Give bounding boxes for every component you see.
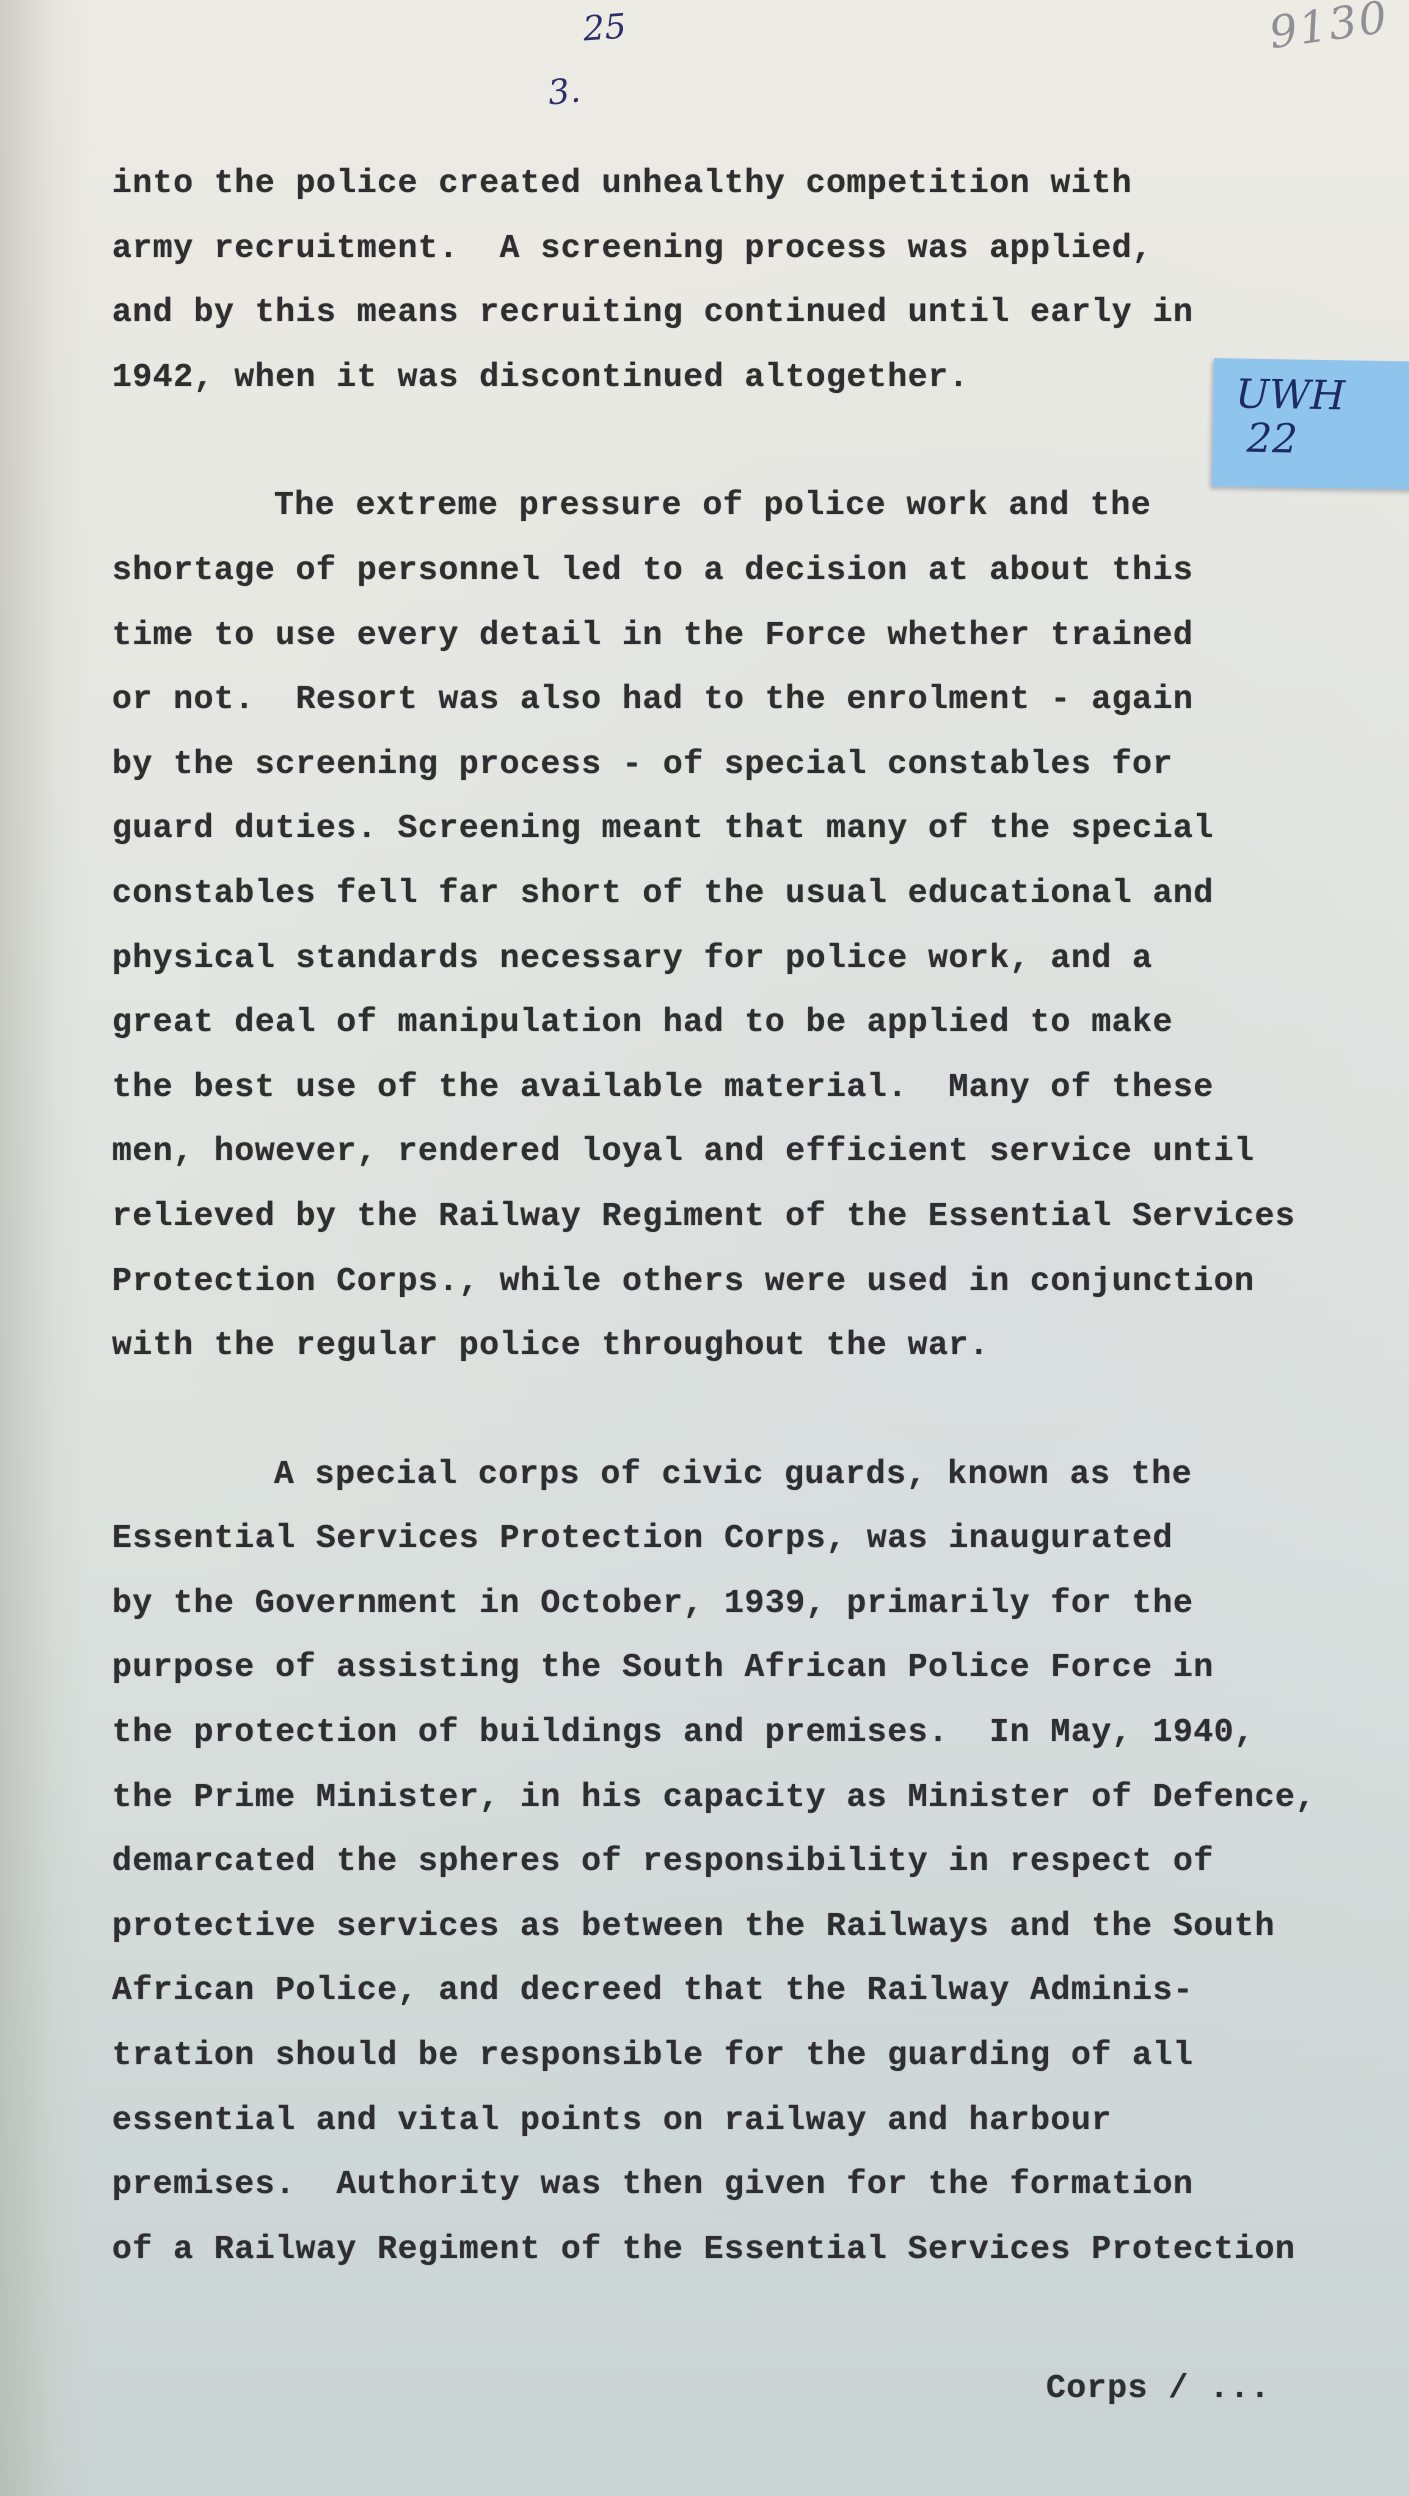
text-line: essential and vital points on railway an…: [112, 2089, 1382, 2154]
text-line: protective services as between the Railw…: [112, 1895, 1382, 1960]
text-line: tration should be responsible for the gu…: [112, 2024, 1382, 2089]
page-binding-shadow: [0, 0, 90, 2496]
text-line: or not. Resort was also had to the enrol…: [112, 668, 1382, 733]
text-line: army recruitment. A screening process wa…: [112, 217, 1382, 282]
text-line: relieved by the Railway Regiment of the …: [112, 1185, 1382, 1250]
handwritten-folio-mark: 3.: [546, 70, 582, 113]
text-line: the protection of buildings and premises…: [112, 1701, 1382, 1766]
text-line: by the screening process - of special co…: [112, 733, 1382, 798]
paragraph: The extreme pressure of police work and …: [112, 474, 1382, 1378]
catchword: Corps / ...: [1046, 2370, 1270, 2407]
text-line: physical standards necessary for police …: [112, 927, 1382, 992]
text-line: time to use every detail in the Force wh…: [112, 604, 1382, 669]
text-line: shortage of personnel led to a decision …: [112, 539, 1382, 604]
text-line: constables fell far short of the usual e…: [112, 862, 1382, 927]
text-line: the best use of the available material. …: [112, 1056, 1382, 1121]
text-line: the Prime Minister, in his capacity as M…: [112, 1766, 1382, 1831]
text-line: with the regular police throughout the w…: [112, 1314, 1382, 1379]
text-line: premises. Authority was then given for t…: [112, 2153, 1382, 2218]
text-line: A special corps of civic guards, known a…: [112, 1443, 1382, 1508]
text-line: men, however, rendered loyal and efficie…: [112, 1120, 1382, 1185]
text-line: African Police, and decreed that the Rai…: [112, 1959, 1382, 2024]
text-line: Essential Services Protection Corps, was…: [112, 1507, 1382, 1572]
text-line: purpose of assisting the South African P…: [112, 1636, 1382, 1701]
text-line: great deal of manipulation had to be app…: [112, 991, 1382, 1056]
paragraph: A special corps of civic guards, known a…: [112, 1443, 1382, 2283]
text-line: of a Railway Regiment of the Essential S…: [112, 2218, 1382, 2283]
text-line: The extreme pressure of police work and …: [112, 474, 1382, 539]
handwritten-page-number: 25: [582, 7, 628, 50]
text-line: into the police created unhealthy compet…: [112, 152, 1382, 217]
typescript-body: into the police created unhealthy compet…: [112, 152, 1382, 2346]
handwritten-archive-number: 9130: [1266, 0, 1392, 59]
text-line: and by this means recruiting continued u…: [112, 281, 1382, 346]
paragraph: into the police created unhealthy compet…: [112, 152, 1382, 410]
text-line: guard duties. Screening meant that many …: [112, 797, 1382, 862]
text-line: by the Government in October, 1939, prim…: [112, 1572, 1382, 1637]
text-line: 1942, when it was discontinued altogethe…: [112, 346, 1382, 411]
text-line: Protection Corps., while others were use…: [112, 1250, 1382, 1315]
text-line: demarcated the spheres of responsibility…: [112, 1830, 1382, 1895]
